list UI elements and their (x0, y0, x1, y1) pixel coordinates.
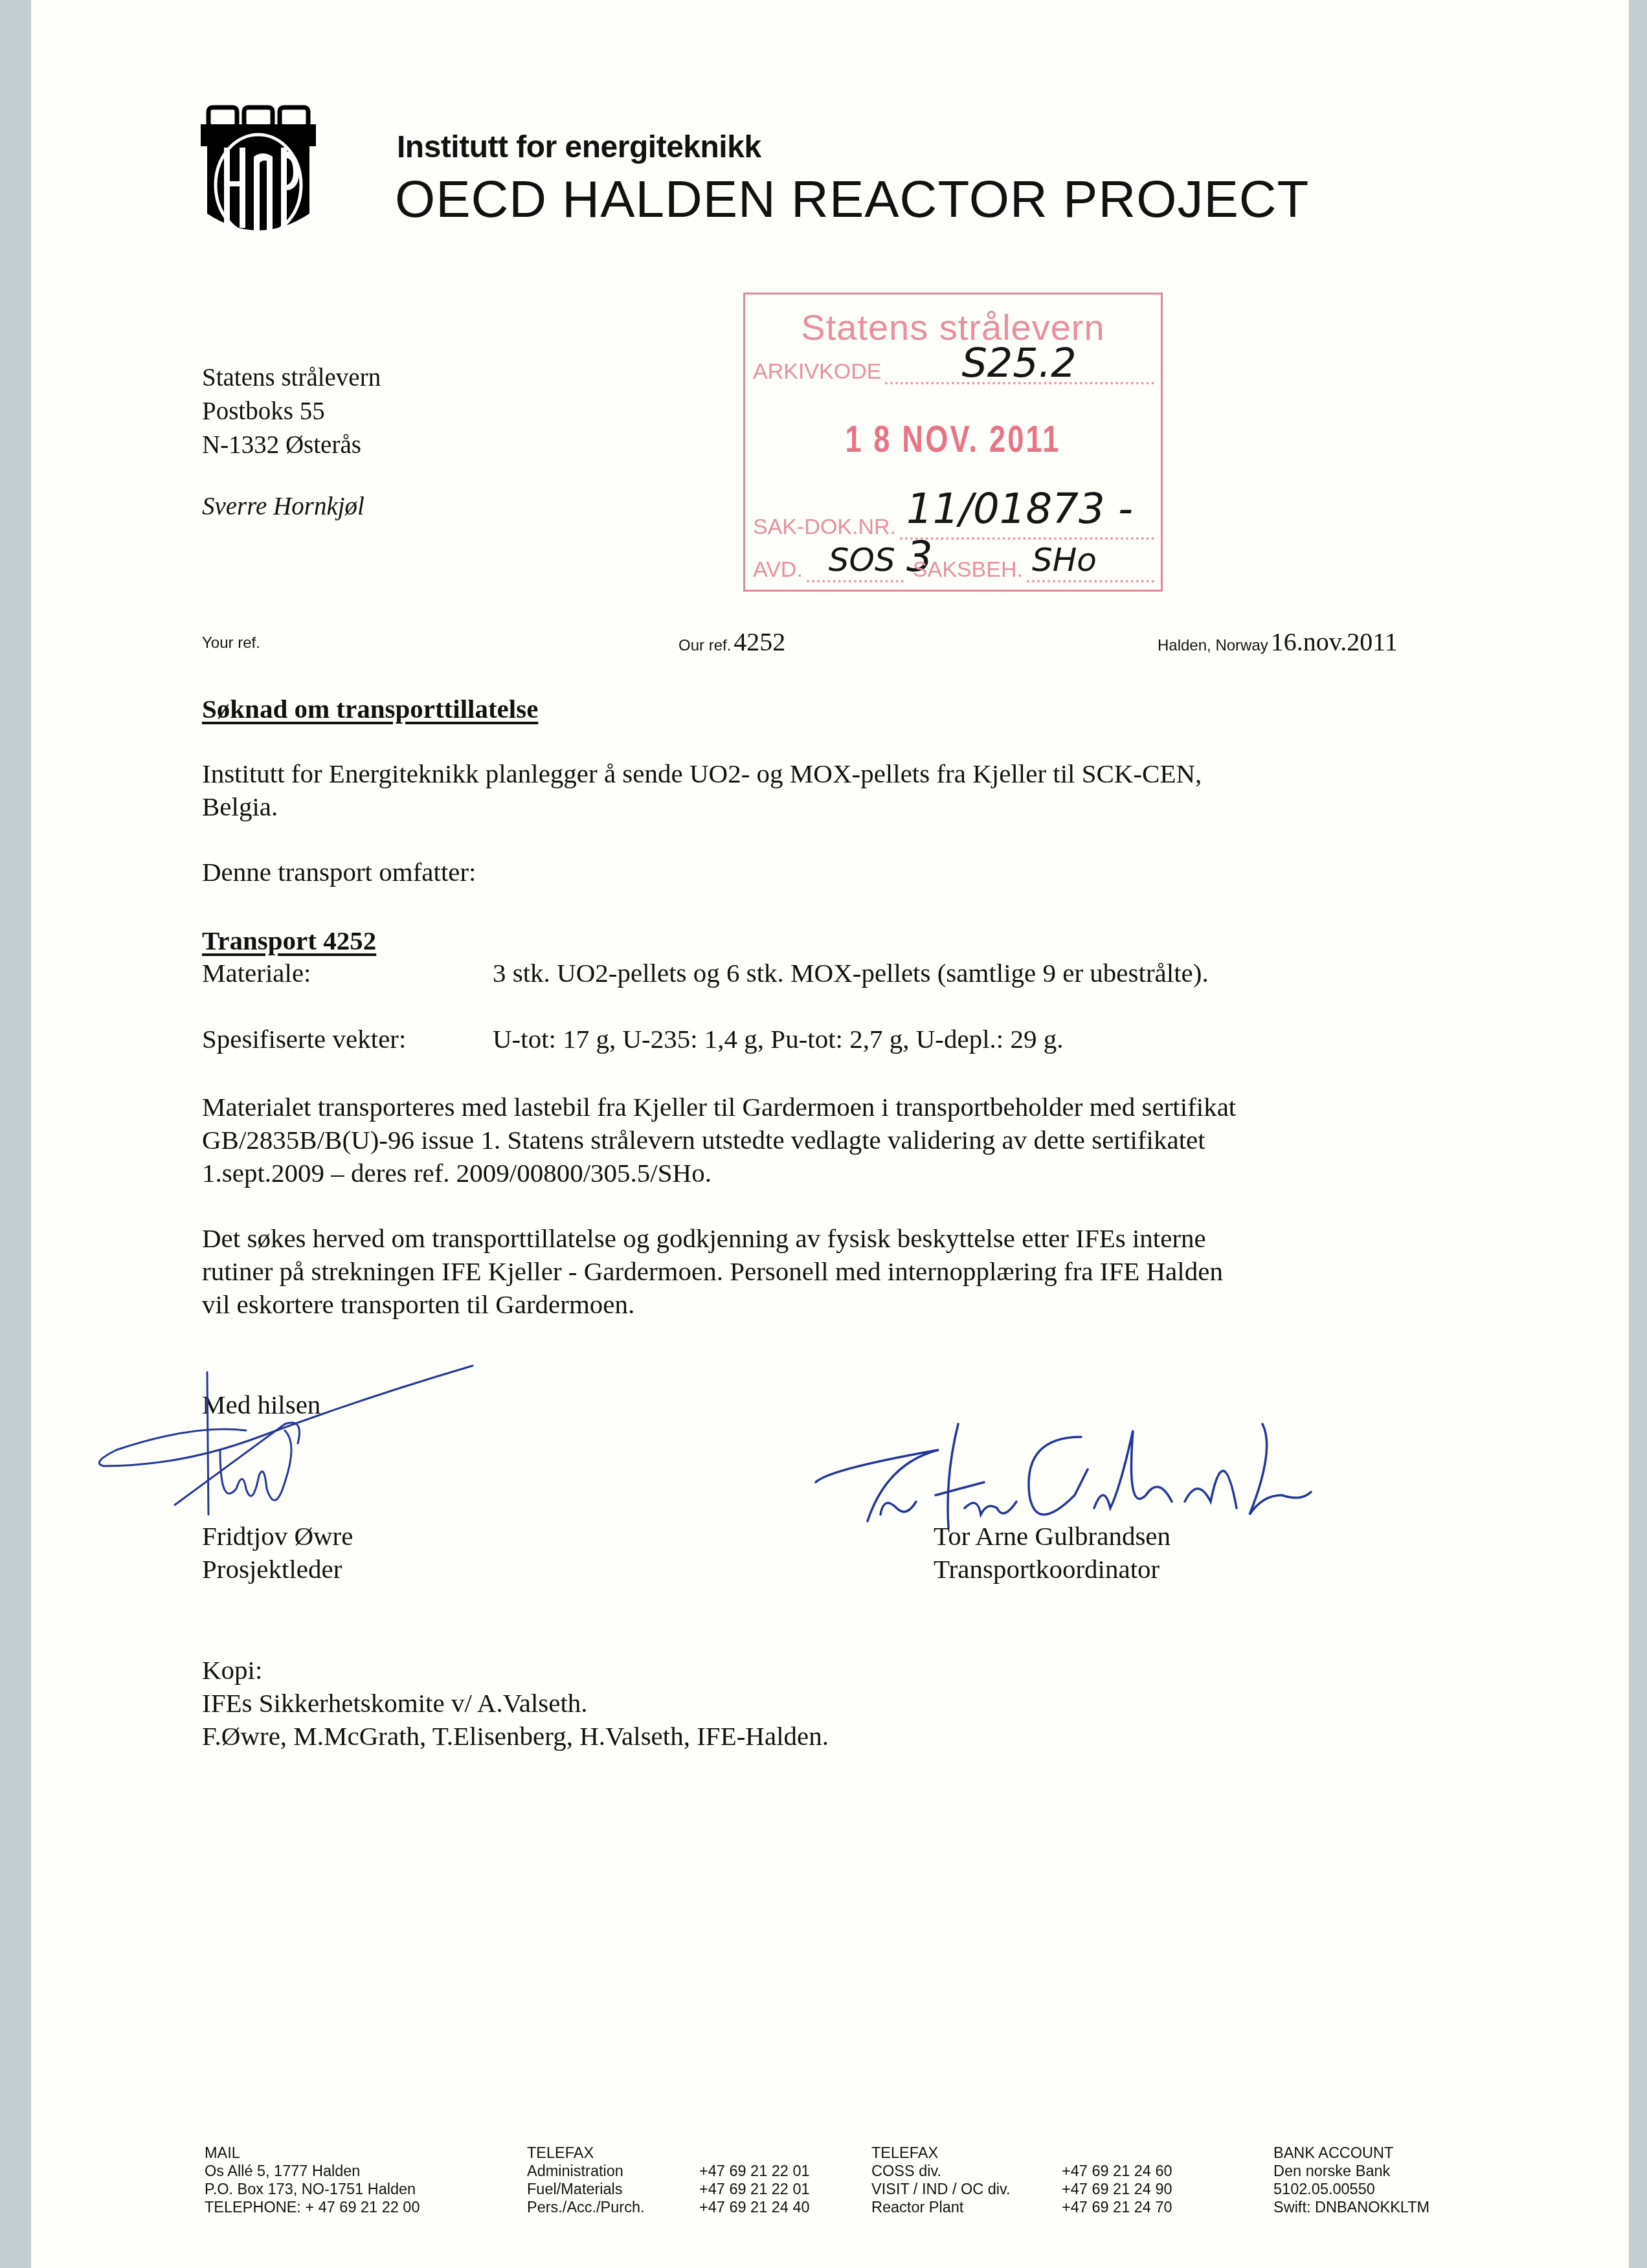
text-line: 1.sept.2009 – deres ref. 2009/00800/305.… (202, 1157, 1236, 1190)
subject-heading: Søknad om transporttillatelse (202, 693, 538, 726)
our-ref-label: Our ref. (678, 637, 731, 654)
footer-telefax-2-labels: TELEFAX COSS div. VISIT / IND / OC div. … (871, 2144, 1011, 2216)
footer-line: Administration (527, 2162, 645, 2180)
signature-gulbrandsen-icon (809, 1411, 1327, 1534)
material-value: 3 stk. UO2-pellets og 6 stk. MOX-pellets… (493, 957, 1209, 990)
recipient-line: N-1332 Østerås (202, 428, 381, 462)
footer-telefax-2-numbers: +47 69 21 24 60 +47 69 21 24 90 +47 69 2… (1062, 2162, 1172, 2216)
signatory-right: Tor Arne Gulbrandsen Transportkoordinato… (934, 1520, 1171, 1586)
footer-line: Den norske Bank (1273, 2162, 1429, 2180)
footer-heading: MAIL (205, 2144, 420, 2162)
text-line: Det søkes herved om transporttillatelse … (202, 1222, 1223, 1255)
our-ref: Our ref. 4252 (678, 627, 785, 657)
text-line: Materialet transporteres med lastebil fr… (202, 1091, 1236, 1124)
footer-line: COSS div. (871, 2162, 1011, 2180)
text-line: Institutt for Energiteknikk planlegger å… (202, 757, 1202, 790)
footer-line: +47 69 21 22 01 (699, 2162, 810, 2180)
footer-line: Swift: DNBANOKKLTM (1273, 2198, 1429, 2216)
footer-line: Pers./Acc./Purch. (527, 2198, 645, 2216)
stamp-title: Statens strålevern (745, 306, 1161, 348)
stamp-avd-value: SOS (829, 541, 895, 579)
footer-line: +47 69 21 24 90 (1062, 2180, 1172, 2198)
signatory-name: Fridtjov Øwre (202, 1520, 353, 1553)
signatory-title: Prosjektleder (202, 1553, 353, 1586)
footer-line: +47 69 21 24 40 (699, 2198, 810, 2216)
text-line: GB/2835B/B(U)-96 issue 1. Statens stråle… (202, 1124, 1236, 1157)
transport-heading: Transport 4252 (202, 924, 376, 957)
hrp-logo-icon (198, 105, 319, 239)
our-ref-value: 4252 (734, 627, 785, 656)
material-label: Materiale: (202, 957, 311, 990)
footer-line: P.O. Box 173, NO-1751 Halden (205, 2180, 420, 2198)
signature-owre-icon (91, 1359, 492, 1528)
stamp-arkivkode-label: ARKIVKODE (753, 359, 881, 384)
stamp-date: 1 8 NOV. 2011 (791, 417, 1115, 461)
footer-line: 5102.05.00550 (1273, 2180, 1429, 2198)
intro-paragraph: Institutt for Energiteknikk planlegger å… (202, 757, 1202, 823)
footer-mail: MAIL Os Allé 5, 1777 Halden P.O. Box 173… (205, 2144, 420, 2216)
project-name: OECD HALDEN REACTOR PROJECT (395, 170, 1309, 229)
stamp-saksbeh-value: SHo (1032, 541, 1097, 579)
footer-line: Reactor Plant (871, 2198, 1011, 2216)
footer-line: +47 69 21 24 70 (1062, 2198, 1172, 2216)
signatory-name: Tor Arne Gulbrandsen (934, 1520, 1171, 1553)
request-paragraph: Det søkes herved om transporttillatelse … (202, 1222, 1223, 1321)
footer-line: Os Allé 5, 1777 Halden (205, 2162, 420, 2180)
stamp-avd-label: AVD. (753, 557, 803, 583)
received-stamp: Statens strålevern ARKIVKODE S25.2 1 8 N… (743, 293, 1163, 592)
text-line: vil eskortere transporten til Gardermoen… (202, 1288, 1223, 1321)
weights-label: Spesifiserte vekter: (202, 1023, 406, 1056)
recipient-line: Postboks 55 (202, 395, 381, 428)
footer-line: +47 69 21 22 01 (699, 2180, 810, 2198)
stamp-sakdok-label: SAK-DOK.NR. (753, 515, 896, 540)
footer-bank: BANK ACCOUNT Den norske Bank 5102.05.005… (1273, 2144, 1429, 2216)
attention-name: Sverre Hornkjøl (202, 492, 364, 521)
stamp-saksbeh-label: SAKSBEH. (913, 557, 1023, 583)
stamp-avd-row: AVD. SOS SAKSBEH. SHo (753, 557, 1154, 583)
footer-line: +47 69 21 24 60 (1062, 2162, 1172, 2180)
date-value: 16.nov.2011 (1271, 627, 1398, 656)
copy-line: IFEs Sikkerhetskomite v/ A.Valseth. (202, 1687, 829, 1720)
letter-date: Halden, Norway 16.nov.2011 (1158, 627, 1398, 657)
institute-name: Institutt for energiteknikk (397, 129, 761, 165)
signatory-title: Transportkoordinator (934, 1553, 1171, 1586)
copy-label: Kopi: (202, 1654, 829, 1687)
footer-heading: TELEFAX (871, 2144, 1011, 2162)
footer-line: VISIT / IND / OC div. (871, 2180, 1011, 2198)
footer-line: TELEPHONE: + 47 69 21 22 00 (205, 2198, 420, 2216)
footer-line: Fuel/Materials (527, 2180, 645, 2198)
stamp-sakdok-row: SAK-DOK.NR. 11/01873 - 3 (753, 515, 1154, 540)
text-line: rutiner på strekningen IFE Kjeller - Gar… (202, 1255, 1223, 1288)
scope-line: Denne transport omfatter: (202, 856, 476, 889)
copy-line: F.Øwre, M.McGrath, T.Elisenberg, H.Valse… (202, 1720, 829, 1753)
copy-list: Kopi: IFEs Sikkerhetskomite v/ A.Valseth… (202, 1654, 829, 1753)
text-line: Belgia. (202, 790, 1202, 823)
footer-telefax-1-labels: TELEFAX Administration Fuel/Materials Pe… (527, 2144, 645, 2216)
footer-heading: BANK ACCOUNT (1273, 2144, 1429, 2162)
stamp-arkivkode-value: S25.2 (961, 339, 1076, 386)
transport-paragraph: Materialet transporteres med lastebil fr… (202, 1091, 1236, 1190)
recipient-line: Statens strålevern (202, 361, 381, 395)
weights-value: U-tot: 17 g, U-235: 1,4 g, Pu-tot: 2,7 g… (493, 1023, 1063, 1056)
stamp-arkivkode-row: ARKIVKODE S25.2 (753, 359, 1154, 384)
place-label: Halden, Norway (1158, 637, 1268, 654)
recipient-address: Statens strålevern Postboks 55 N-1332 Øs… (202, 361, 381, 462)
your-ref-label: Your ref. (202, 634, 260, 652)
footer-telefax-1-numbers: +47 69 21 22 01 +47 69 21 22 01 +47 69 2… (699, 2162, 810, 2216)
footer-heading: TELEFAX (527, 2144, 645, 2162)
signatory-left: Fridtjov Øwre Prosjektleder (202, 1520, 353, 1586)
